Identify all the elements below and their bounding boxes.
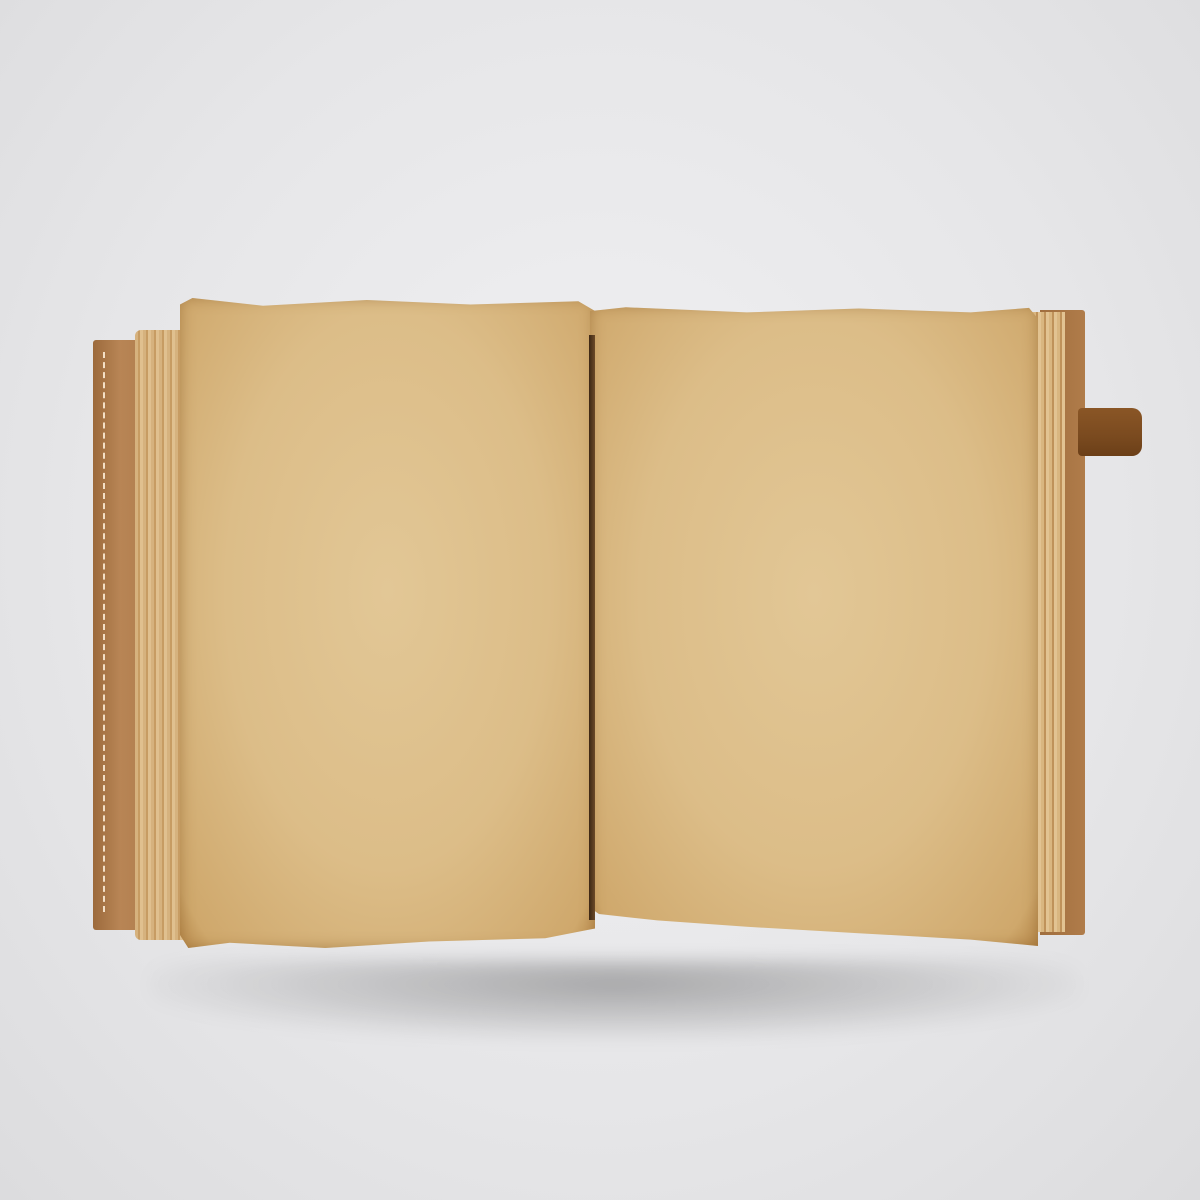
- cover-stitching: [103, 352, 105, 912]
- leather-strap-loop: [1078, 408, 1142, 456]
- blank-page-right: [590, 306, 1038, 946]
- blank-page-left: [180, 298, 595, 948]
- page-gutter: [589, 335, 595, 920]
- drop-shadow: [150, 960, 1080, 1040]
- product-photo-scene: [0, 0, 1200, 1200]
